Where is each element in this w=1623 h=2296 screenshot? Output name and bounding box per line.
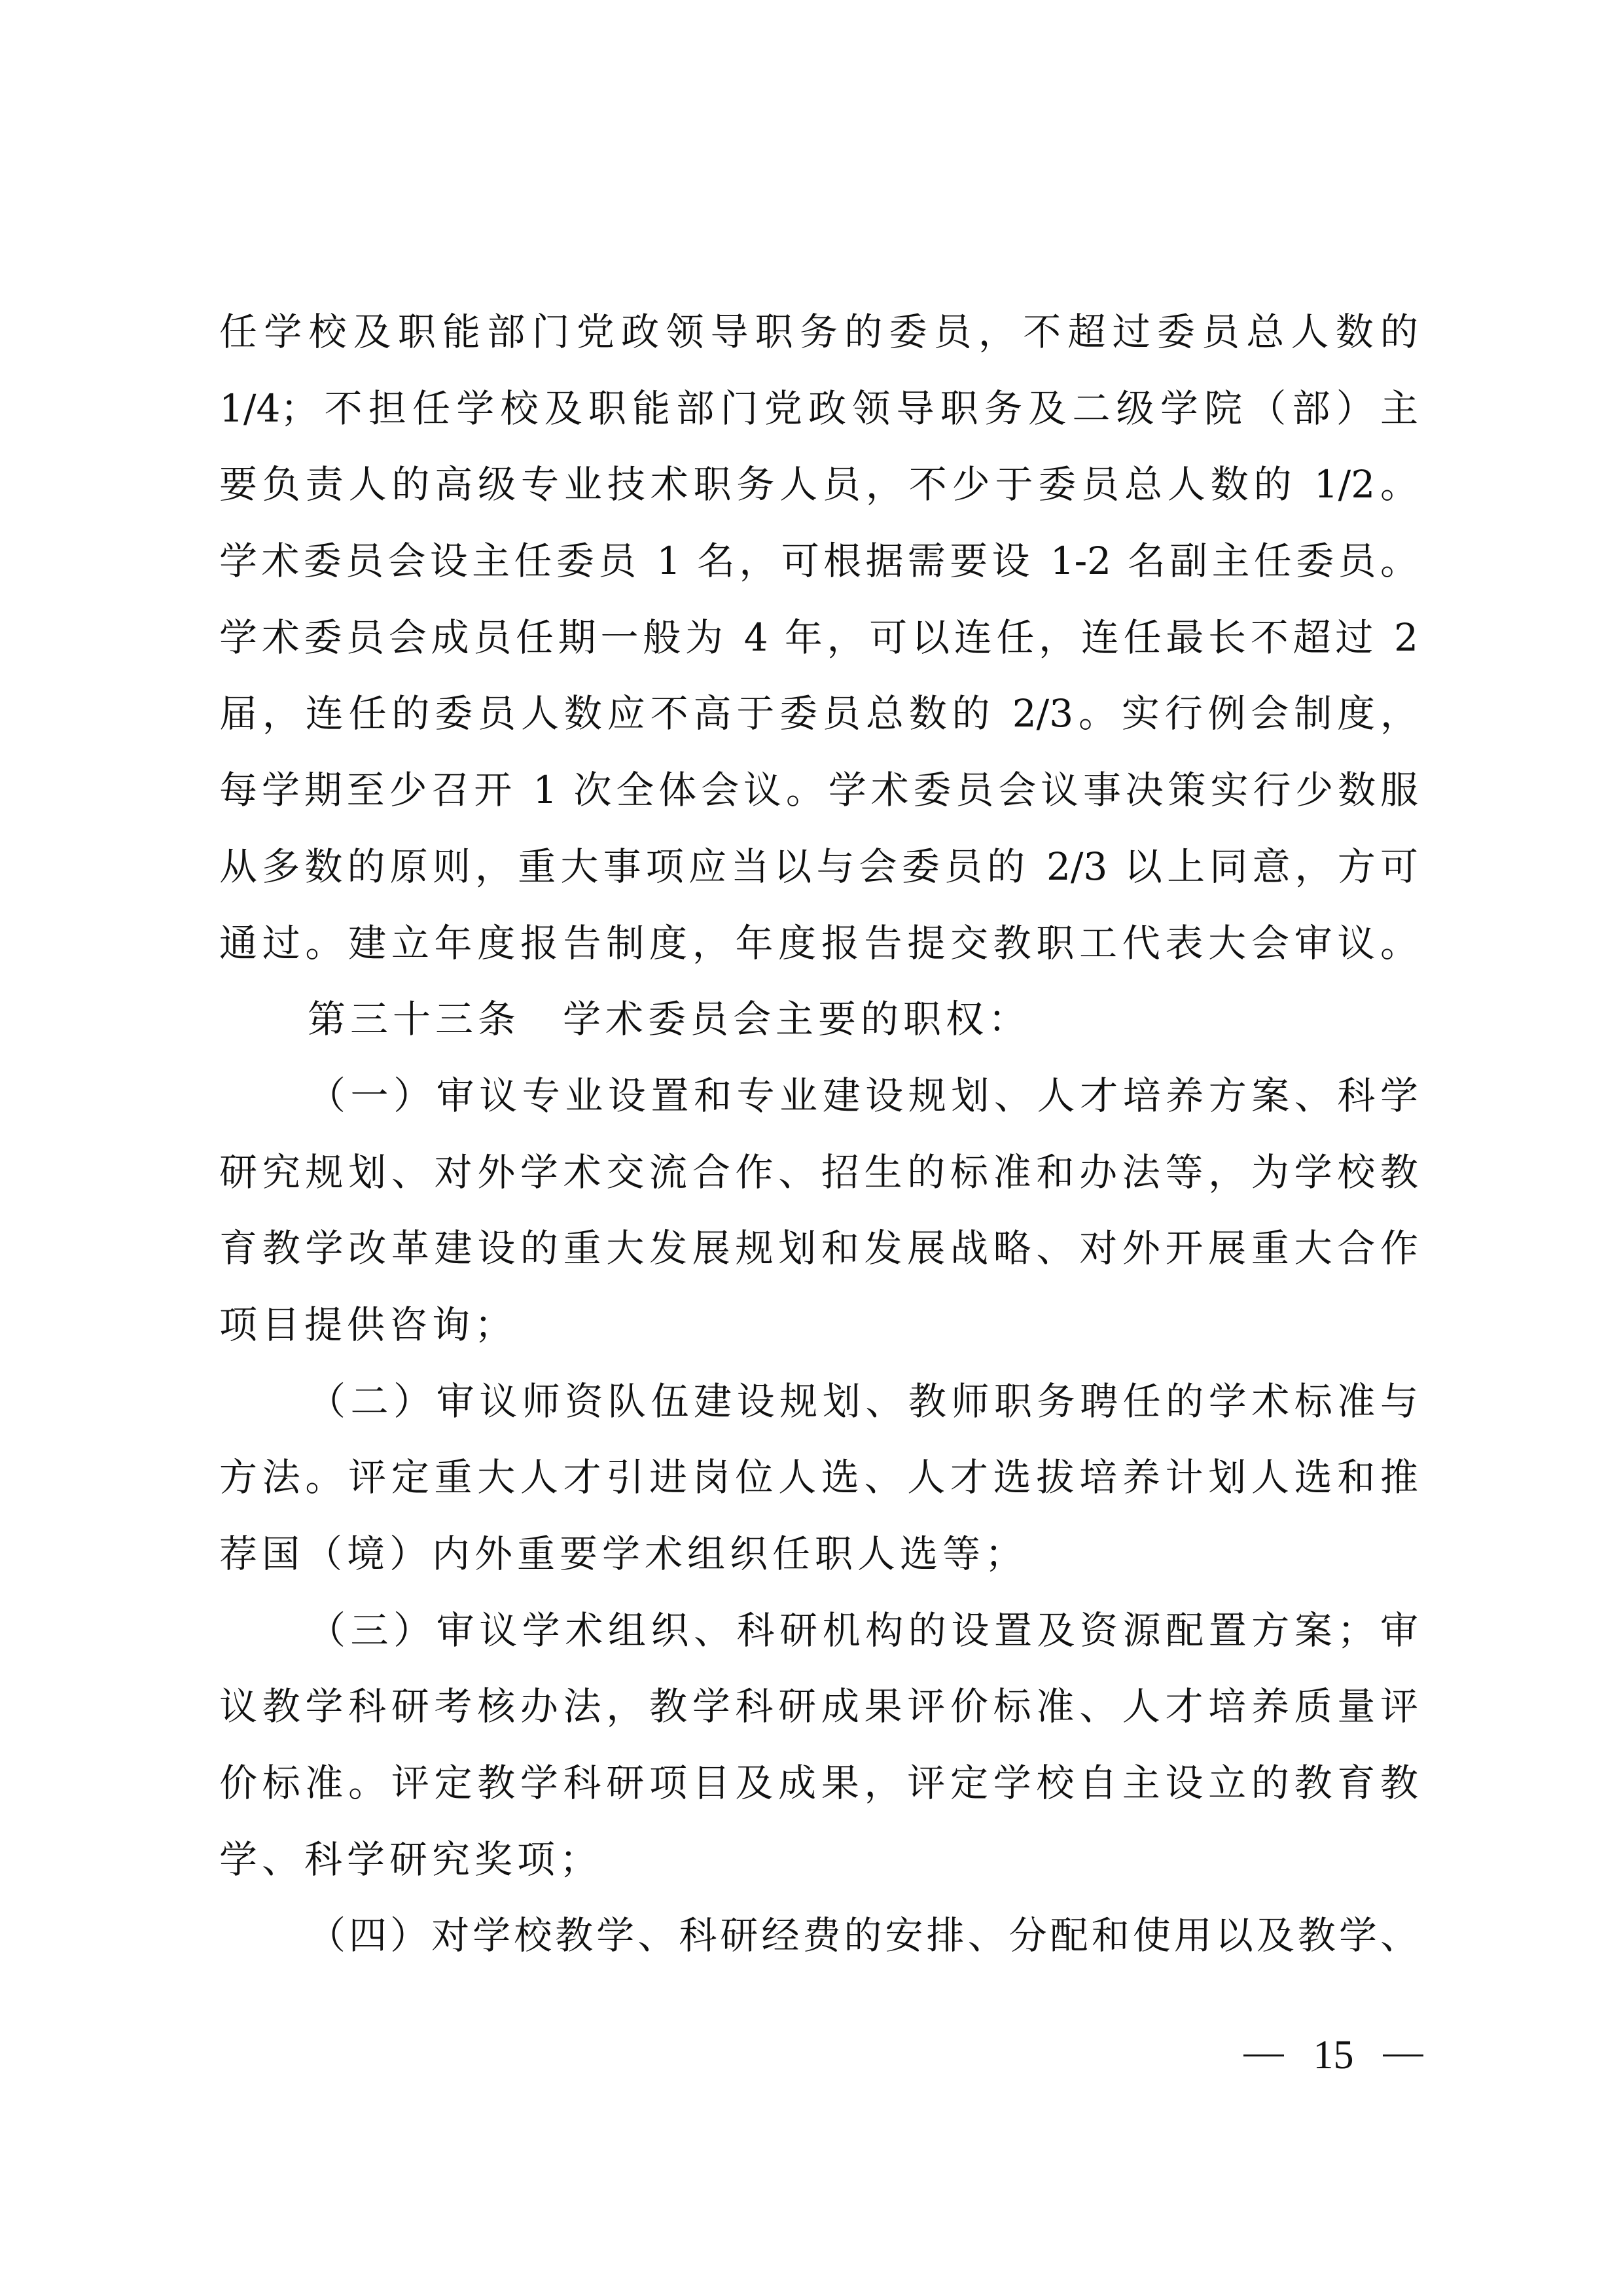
page-number-value: 15 xyxy=(1313,2029,1354,2081)
list-item-line: （三）审议学术组织、科研机构的设置及资源配置方案；审 xyxy=(219,1592,1418,1669)
list-item-line: 育教学改革建设的重大发展规划和发展战略、对外开展重大合作 xyxy=(219,1210,1418,1287)
text-line: 任学校及职能部门党政领导职务的委员，不超过委员总人数的 xyxy=(219,294,1418,370)
text-line: 每学期至少召开 1 次全体会议。学术委员会议事决策实行少数服 xyxy=(219,752,1418,829)
text-line: 要负责人的高级专业技术职务人员，不少于委员总人数的 1/2。 xyxy=(219,446,1418,523)
list-item-line: 学、科学研究奖项； xyxy=(219,1821,1418,1898)
text-line: 学术委员会成员任期一般为 4 年，可以连任，连任最长不超过 2 xyxy=(219,600,1418,676)
list-item-line: （四）对学校教学、科研经费的安排、分配和使用以及教学、 xyxy=(219,1897,1418,1974)
text-line: 从多数的原则，重大事项应当以与会委员的 2/3 以上同意，方可 xyxy=(219,829,1418,905)
list-item-line: 价标准。评定教学科研项目及成果，评定学校自主设立的教育教 xyxy=(219,1745,1418,1821)
list-item-line: 研究规划、对外学术交流合作、招生的标准和办法等，为学校教 xyxy=(219,1134,1418,1211)
list-item-line: 荐国（境）内外重要学术组织任职人选等； xyxy=(219,1516,1418,1592)
list-item-line: 议教学科研考核办法，教学科研成果评价标准、人才培养质量评 xyxy=(219,1668,1418,1745)
document-page: 任学校及职能部门党政领导职务的委员，不超过委员总人数的 1/4；不担任学校及职能… xyxy=(0,0,1623,2296)
list-item-line: （二）审议师资队伍建设规划、教师职务聘任的学术标准与 xyxy=(219,1363,1418,1440)
text-line: 通过。建立年度报告制度，年度报告提交教职工代表大会审议。 xyxy=(219,905,1418,982)
page-number: 15 xyxy=(1243,2029,1423,2081)
article-heading: 第三十三条 学术委员会主要的职权： xyxy=(219,981,1418,1058)
text-line: 学术委员会设主任委员 1 名，可根据需要设 1-2 名副主任委员。 xyxy=(219,523,1418,600)
text-line: 1/4；不担任学校及职能部门党政领导职务及二级学院（部）主 xyxy=(219,370,1418,447)
list-item-line: 项目提供咨询； xyxy=(219,1287,1418,1363)
text-line: 届，连任的委员人数应不高于委员总数的 2/3。实行例会制度， xyxy=(219,675,1418,752)
list-item-line: （一）审议专业设置和专业建设规划、人才培养方案、科学 xyxy=(219,1058,1418,1134)
body-text: 任学校及职能部门党政领导职务的委员，不超过委员总人数的 1/4；不担任学校及职能… xyxy=(219,294,1418,1974)
page-number-dash-left xyxy=(1243,2054,1284,2056)
page-number-dash-right xyxy=(1383,2054,1423,2056)
list-item-line: 方法。评定重大人才引进岗位人选、人才选拔培养计划人选和推 xyxy=(219,1439,1418,1516)
